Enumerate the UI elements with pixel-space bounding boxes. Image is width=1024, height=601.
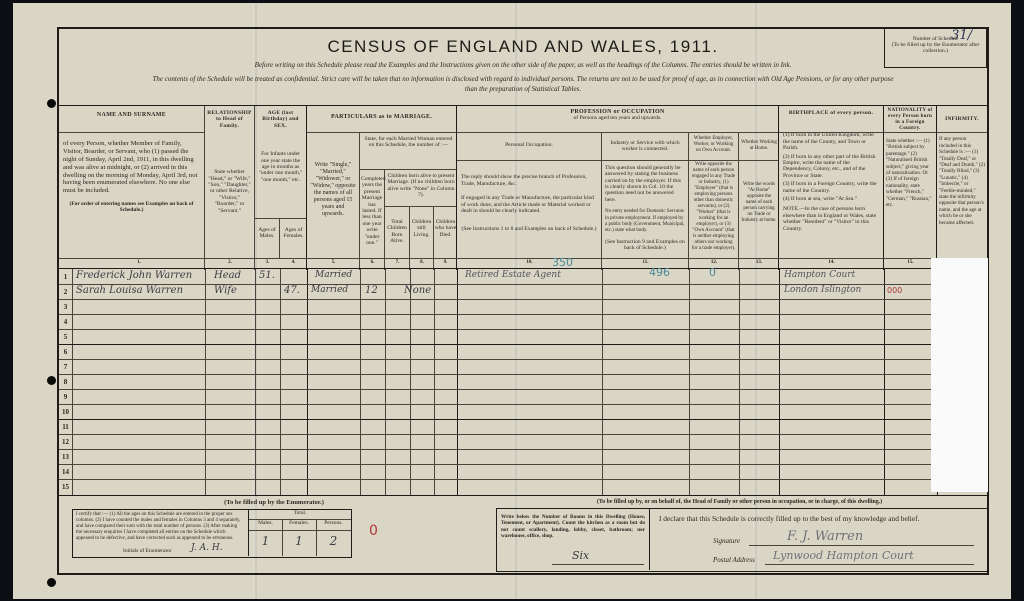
- census-form: CENSUS OF ENGLAND AND WALES, 1911. Befor…: [57, 27, 989, 575]
- census-table: NAME AND SURNAME of every Person, whethe…: [59, 105, 987, 496]
- totals-table: Total. Males. 1 Females. 1 Persons. 2: [248, 510, 351, 556]
- head-box: Write below the Number of Rooms in this …: [496, 508, 988, 572]
- header-name: NAME AND SURNAME of every Person, whethe…: [59, 106, 205, 270]
- header-birthplace: BIRTHPLACE of every person. (1) If born …: [779, 106, 884, 270]
- signature-value: F. J. Warren: [787, 529, 863, 544]
- rooms-value: Six: [572, 549, 589, 562]
- punch-hole: [47, 578, 56, 587]
- row-2-nationality-mark: 000: [887, 286, 902, 295]
- confidential-line-2: than the preparation of Statistical Tabl…: [59, 85, 987, 93]
- schedule-number-note: (To be filled up by the Enumerator after…: [885, 42, 986, 54]
- row-number: 13: [59, 453, 72, 461]
- initials-value: J. A. H.: [191, 543, 223, 553]
- row-1-marriage: Married: [315, 270, 352, 280]
- row-number: 11: [59, 423, 72, 431]
- row-number: 14: [59, 468, 72, 476]
- row-1-relationship: Head: [214, 270, 241, 281]
- table-body: 1 2 3 4 5 6 7 8 9 10 11 12 13 14 15 Fred…: [59, 269, 987, 496]
- row-number: 12: [59, 438, 72, 446]
- industry-code: 496: [649, 266, 670, 279]
- enumerator-certify: I certify that :— (1) All the ages on th…: [76, 512, 244, 542]
- schedule-number-box: Number of Schedule 31/ (To be filled up …: [884, 27, 987, 68]
- row-2-marriage: Married: [311, 285, 348, 295]
- postal-address-value: Lynwood Hampton Court: [773, 549, 914, 562]
- punch-hole: [47, 99, 56, 108]
- enumerator-heading: (To be filled up by the Enumerator.): [59, 499, 489, 506]
- row-number: 3: [59, 303, 72, 311]
- punch-hole: [47, 376, 56, 385]
- row-number: 5: [59, 333, 72, 341]
- occupation-code: 350: [552, 256, 573, 269]
- declaration-text: I declare that this Schedule is correctl…: [659, 514, 919, 523]
- enumerator-box: I certify that :— (1) All the ages on th…: [72, 509, 352, 558]
- instruction-line: Before writing on this Schedule please r…: [59, 61, 987, 69]
- form-title: CENSUS OF ENGLAND AND WALES, 1911.: [59, 37, 987, 57]
- total-females: 1: [282, 534, 316, 548]
- row-number: 6: [59, 348, 72, 356]
- row-number: 9: [59, 393, 72, 401]
- row-1-name: Frederick John Warren: [76, 270, 192, 281]
- initials-label: Initials of Enumerator: [123, 548, 172, 554]
- row-number: 1: [59, 273, 72, 281]
- row-number: 2: [59, 288, 72, 296]
- row-2-birthplace: London Islington: [784, 285, 861, 295]
- row-1-occupation: Retired Estate Agent: [465, 270, 561, 280]
- row-number: 10: [59, 408, 72, 416]
- row-number: 15: [59, 483, 72, 491]
- row-2-age-female: 47.: [284, 285, 300, 296]
- row-2-relationship: Wife: [214, 285, 237, 296]
- signature-label: Signature: [713, 537, 740, 545]
- row-1-age-male: 51.: [259, 270, 275, 281]
- header-occupation: PROFESSION or OCCUPATION of Persons aged…: [457, 106, 779, 270]
- total-persons: 2: [316, 534, 351, 548]
- head-heading: (To be filled up by, or on behalf of, th…: [492, 499, 987, 505]
- row-2-years: 12: [365, 285, 378, 296]
- row-2-born: None: [404, 285, 431, 296]
- row-number: 4: [59, 318, 72, 326]
- header-relationship: RELATIONSHIP to Head of Family. State wh…: [205, 106, 255, 270]
- total-males: 1: [249, 534, 282, 548]
- employer-code: 0: [709, 266, 716, 279]
- row-number: 7: [59, 363, 72, 371]
- header-infirmity: INFIRMITY. If any person included in thi…: [937, 106, 987, 270]
- row-2-name: Sarah Louisa Warren: [76, 285, 183, 296]
- header-nationality: NATIONALITY of every Person born in a Fo…: [884, 106, 937, 270]
- redacted-area: [931, 258, 988, 492]
- schedule-number-value: 31/: [951, 28, 972, 43]
- rooms-instructions: Write below the Number of Rooms in this …: [501, 514, 645, 539]
- confidential-line: The contents of the Schedule will be tre…: [59, 75, 987, 83]
- postal-address-label: Postal Address: [713, 556, 755, 564]
- red-zero-mark: 0: [369, 523, 378, 539]
- row-number: 8: [59, 378, 72, 386]
- header-age: AGE (last Birthday) and SEX. For Infants…: [255, 106, 307, 270]
- row-1-birthplace: Hampton Court: [784, 270, 855, 280]
- header-marriage: PARTICULARS as to MARRIAGE. Write "Singl…: [307, 106, 457, 270]
